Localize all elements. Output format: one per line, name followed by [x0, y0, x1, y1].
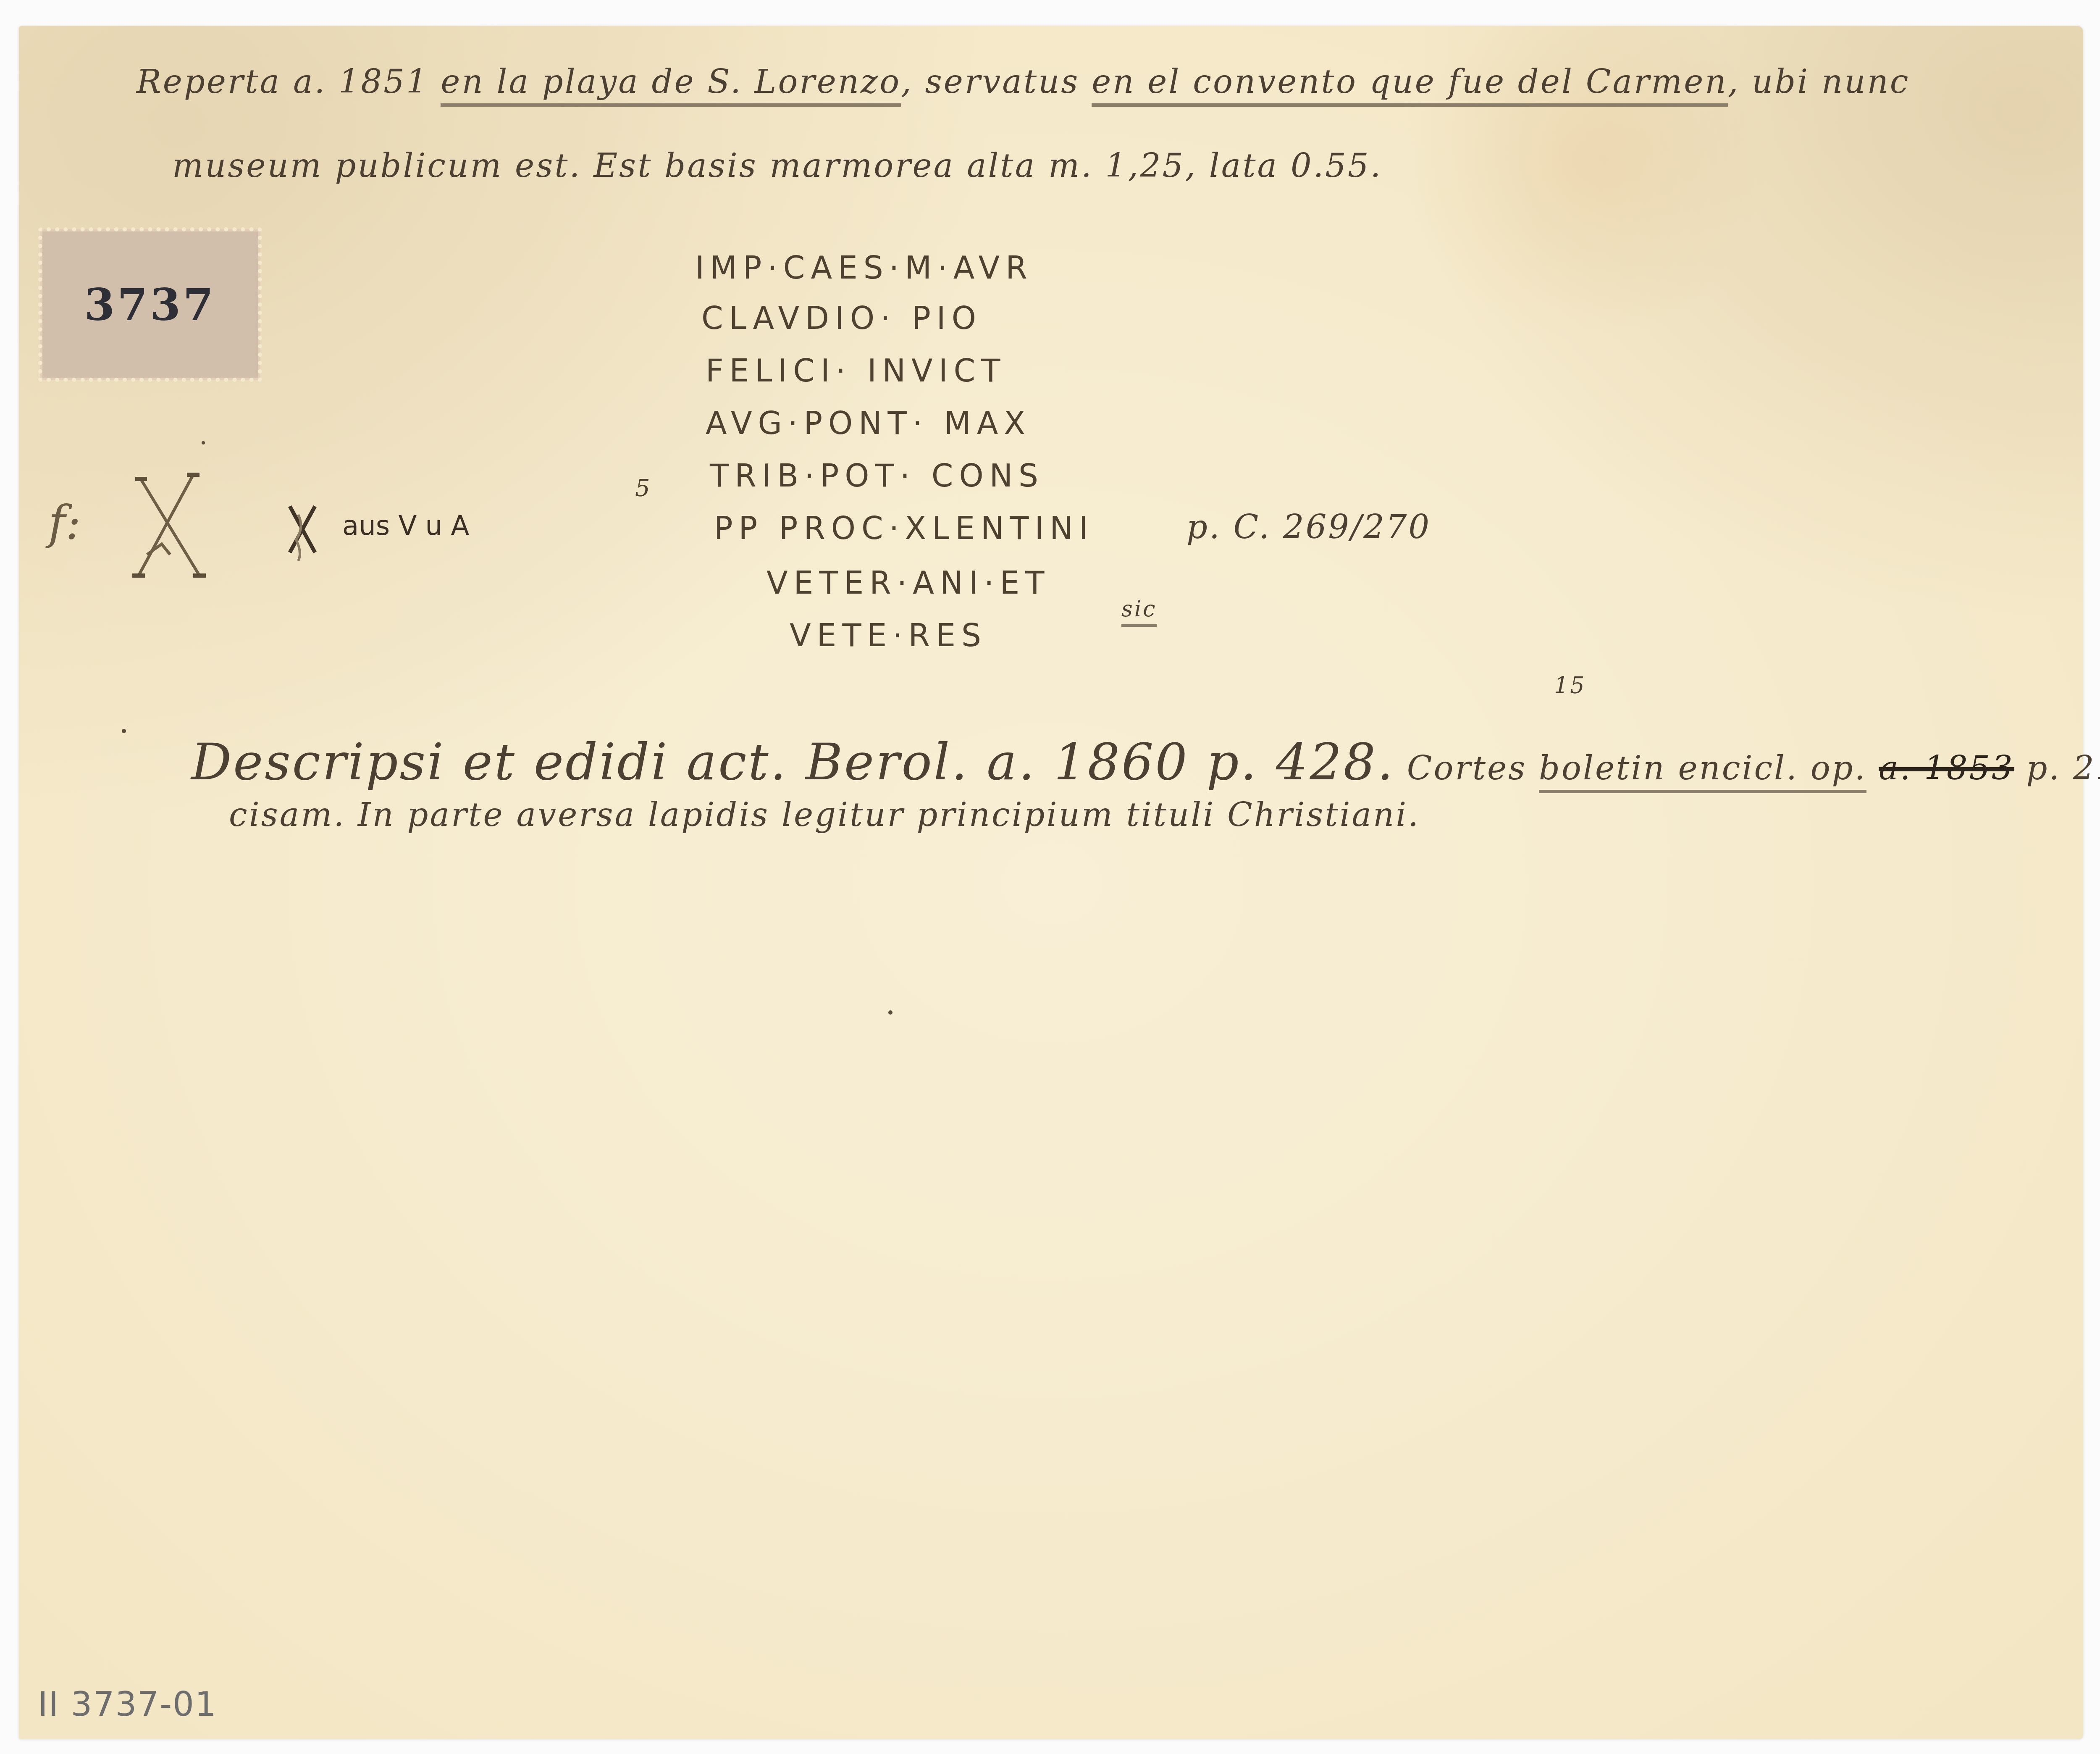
inscription-line-3: FELICI· INVICT — [706, 353, 1006, 389]
header-note-line2: museum publicum est. Est basis marmorea … — [172, 147, 1382, 185]
inscription-line-8: VETE·RES — [790, 618, 987, 654]
manuscript-sheet — [19, 26, 2083, 1739]
monogram-xa-glyph — [130, 471, 210, 580]
ink-dot — [202, 441, 205, 444]
catalog-number: 3737 — [84, 279, 216, 331]
inscription-line-5: TRIB·POT· CONS — [710, 458, 1044, 494]
inscription-line-6: PP PROC·XLENTINI — [714, 510, 1094, 547]
header-note-line1: Reperta a. 1851 en la playa de S. Lorenz… — [136, 63, 1910, 101]
header-note-convent: en el convento que fue del Carmen — [1092, 63, 1727, 107]
correction-superscript: 15 — [1554, 672, 1586, 699]
date-note: p. C. 269/270 — [1186, 508, 1431, 546]
inscription-line-2: CLAVDIO· PIO — [701, 300, 982, 337]
inscription-line-7: VETER·ANI·ET — [766, 565, 1050, 601]
line-number-5: 5 — [635, 475, 650, 502]
header-note-place: en la playa de S. Lorenzo — [441, 63, 901, 107]
struck-x-glyph — [286, 502, 319, 561]
commentary-publication: boletin encicl. op. — [1539, 749, 1866, 793]
monogram-xa-icon — [130, 471, 210, 596]
struck-mark-icon — [286, 502, 319, 563]
inscription-line-1: IMP·CAES·M·AVR — [695, 250, 1033, 286]
sic-note: sic — [1121, 597, 1157, 622]
commentary-pages: p. 217. 219 aeri in- — [2026, 749, 2100, 787]
source-prefix: f: — [48, 496, 81, 550]
ink-dot — [888, 1010, 892, 1015]
header-note-post: , ubi nunc — [1728, 63, 1910, 101]
inscription-line-4: AVG·PONT· MAX — [706, 405, 1031, 442]
commentary-line2: cisam. In parte aversa lapidis legitur p… — [229, 796, 1420, 834]
catalog-number-label: 3737 — [40, 229, 260, 380]
variant-note: aus V u A — [342, 510, 469, 542]
header-note-pre: Reperta a. 1851 — [136, 63, 429, 101]
commentary-line1: Descripsi et edidi act. Berol. a. 1860 p… — [191, 733, 2100, 792]
commentary-author: Cortes — [1407, 749, 1527, 787]
commentary-struck-year: a. 1853 — [1879, 749, 2014, 787]
commentary-citation: Descripsi et edidi act. Berol. a. 1860 p… — [191, 733, 1395, 792]
sic-text: sic — [1121, 597, 1157, 627]
ink-dot — [122, 729, 126, 733]
archive-number: II 3737-01 — [38, 1685, 217, 1724]
header-note-mid: , servatus — [901, 63, 1079, 101]
